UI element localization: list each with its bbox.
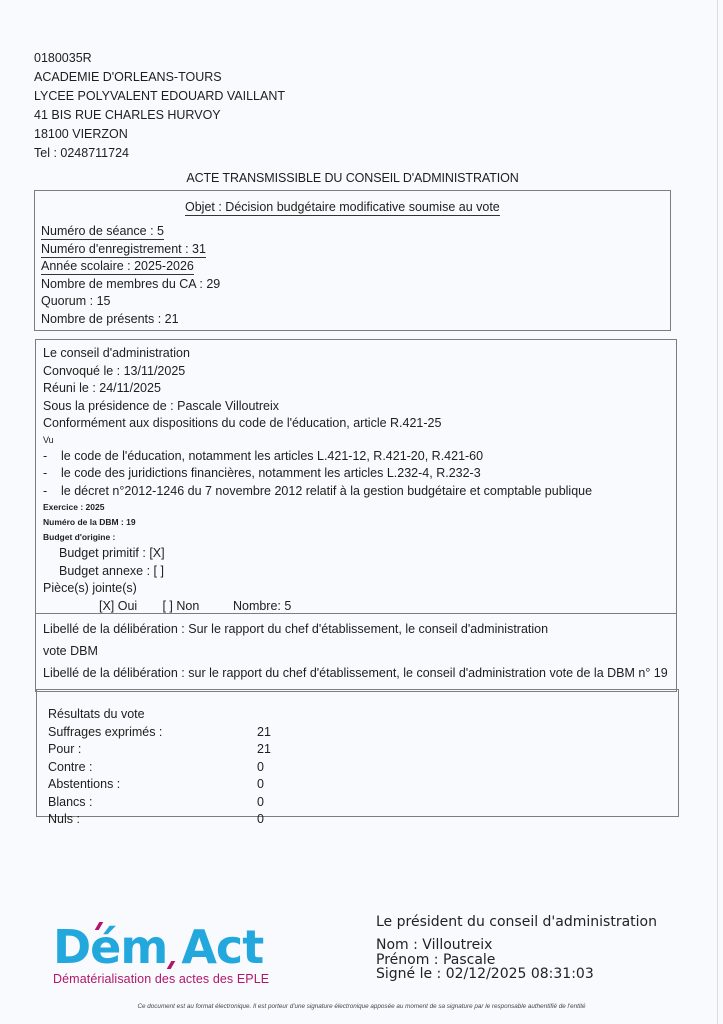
school-name: LYCEE POLYVALENT EDOUARD VAILLANT — [34, 87, 285, 106]
establishment-header: 0180035R ACADEMIE D'ORLEANS-TOURS LYCEE … — [34, 49, 285, 163]
legal-basis: Conformément aux dispositions du code de… — [43, 415, 592, 433]
vu-label: Vu — [43, 433, 592, 448]
school-year: Année scolaire : 2025-2026 — [41, 258, 194, 275]
vote-row: Suffrages exprimés :21 — [48, 724, 271, 742]
vote-row: Abstentions :0 — [48, 776, 271, 794]
vu-item: -le décret n°2012-1246 du 7 novembre 201… — [43, 483, 592, 501]
signatory-first-name: Prénom : Pascale — [376, 953, 657, 968]
convocation-date: Convoqué le : 13/11/2025 — [43, 363, 592, 381]
quorum: Quorum : 15 — [41, 293, 220, 311]
budget-origin-label: Budget d'origine : — [43, 530, 592, 545]
registration-number: Numéro d'enregistrement : 31 — [41, 241, 206, 258]
presidency: Sous la présidence de : Pascale Villoutr… — [43, 398, 592, 416]
establishment-code: 0180035R — [34, 49, 285, 68]
meeting-date: Réuni le : 24/11/2025 — [43, 380, 592, 398]
signatory-title: Le président du conseil d'administration — [376, 914, 657, 930]
vote-results-title: Résultats du vote — [48, 706, 271, 724]
deliberation-label-1: Libellé de la délibération : Sur le rapp… — [43, 622, 668, 644]
budget-primitif: Budget primitif : [X] — [43, 545, 592, 563]
vu-item: -le code des juridictions financières, n… — [43, 465, 592, 483]
signature-block: Le président du conseil d'administration… — [376, 914, 657, 982]
vote-row: Pour :21 — [48, 741, 271, 759]
document-title: ACTE TRANSMISSIBLE DU CONSEIL D'ADMINIST… — [0, 171, 705, 185]
council-intro: Le conseil d'administration — [43, 345, 592, 363]
vu-item: -le code de l'éducation, notamment les a… — [43, 448, 592, 466]
members-count: Nombre de membres du CA : 29 — [41, 276, 220, 294]
meeting-info-box: Objet : Décision budgétaire modificative… — [34, 190, 671, 331]
electronic-signature-note: Ce document est au format électronique. … — [0, 1003, 723, 1010]
vote-results-box: Résultats du vote Suffrages exprimés :21… — [36, 689, 679, 817]
deliberation-label-2: Libellé de la délibération : sur le rapp… — [43, 666, 668, 688]
exercice: Exercice : 2025 — [43, 500, 592, 515]
logo-tagline: Dématérialisation des actes des EPLE — [53, 972, 269, 986]
vote-row: Nuls :0 — [48, 811, 271, 829]
seance-number: Numéro de séance : 5 — [41, 223, 164, 240]
attachments-label: Pièce(s) jointe(s) — [43, 580, 592, 598]
signatory-last-name: Nom : Villoutreix — [376, 938, 657, 953]
present-count: Nombre de présents : 21 — [41, 311, 220, 329]
city: 18100 VIERZON — [34, 125, 285, 144]
phone: Tel : 0248711724 — [34, 144, 285, 163]
objet-heading: Objet : Décision budgétaire modificative… — [185, 200, 500, 216]
section-divider — [36, 613, 676, 614]
vote-row: Blancs :0 — [48, 794, 271, 812]
council-details-box: Le conseil d'administration Convoqué le … — [35, 339, 677, 692]
signature-date: Signé le : 02/12/2025 08:31:03 — [376, 967, 657, 982]
demact-logo: DémAct Dématérialisation des actes des E… — [53, 924, 269, 986]
logo-wordmark: DémAct — [53, 924, 269, 970]
street-address: 41 BIS RUE CHARLES HURVOY — [34, 106, 285, 125]
academy-name: ACADEMIE D'ORLEANS-TOURS — [34, 68, 285, 87]
dbm-number: Numéro de la DBM : 19 — [43, 515, 592, 530]
budget-annexe: Budget annexe : [ ] — [43, 563, 592, 581]
vote-row: Contre :0 — [48, 759, 271, 777]
logo-accent-mark — [167, 961, 176, 969]
scan-edge-line — [717, 0, 718, 1024]
vote-dbm: vote DBM — [43, 644, 668, 666]
